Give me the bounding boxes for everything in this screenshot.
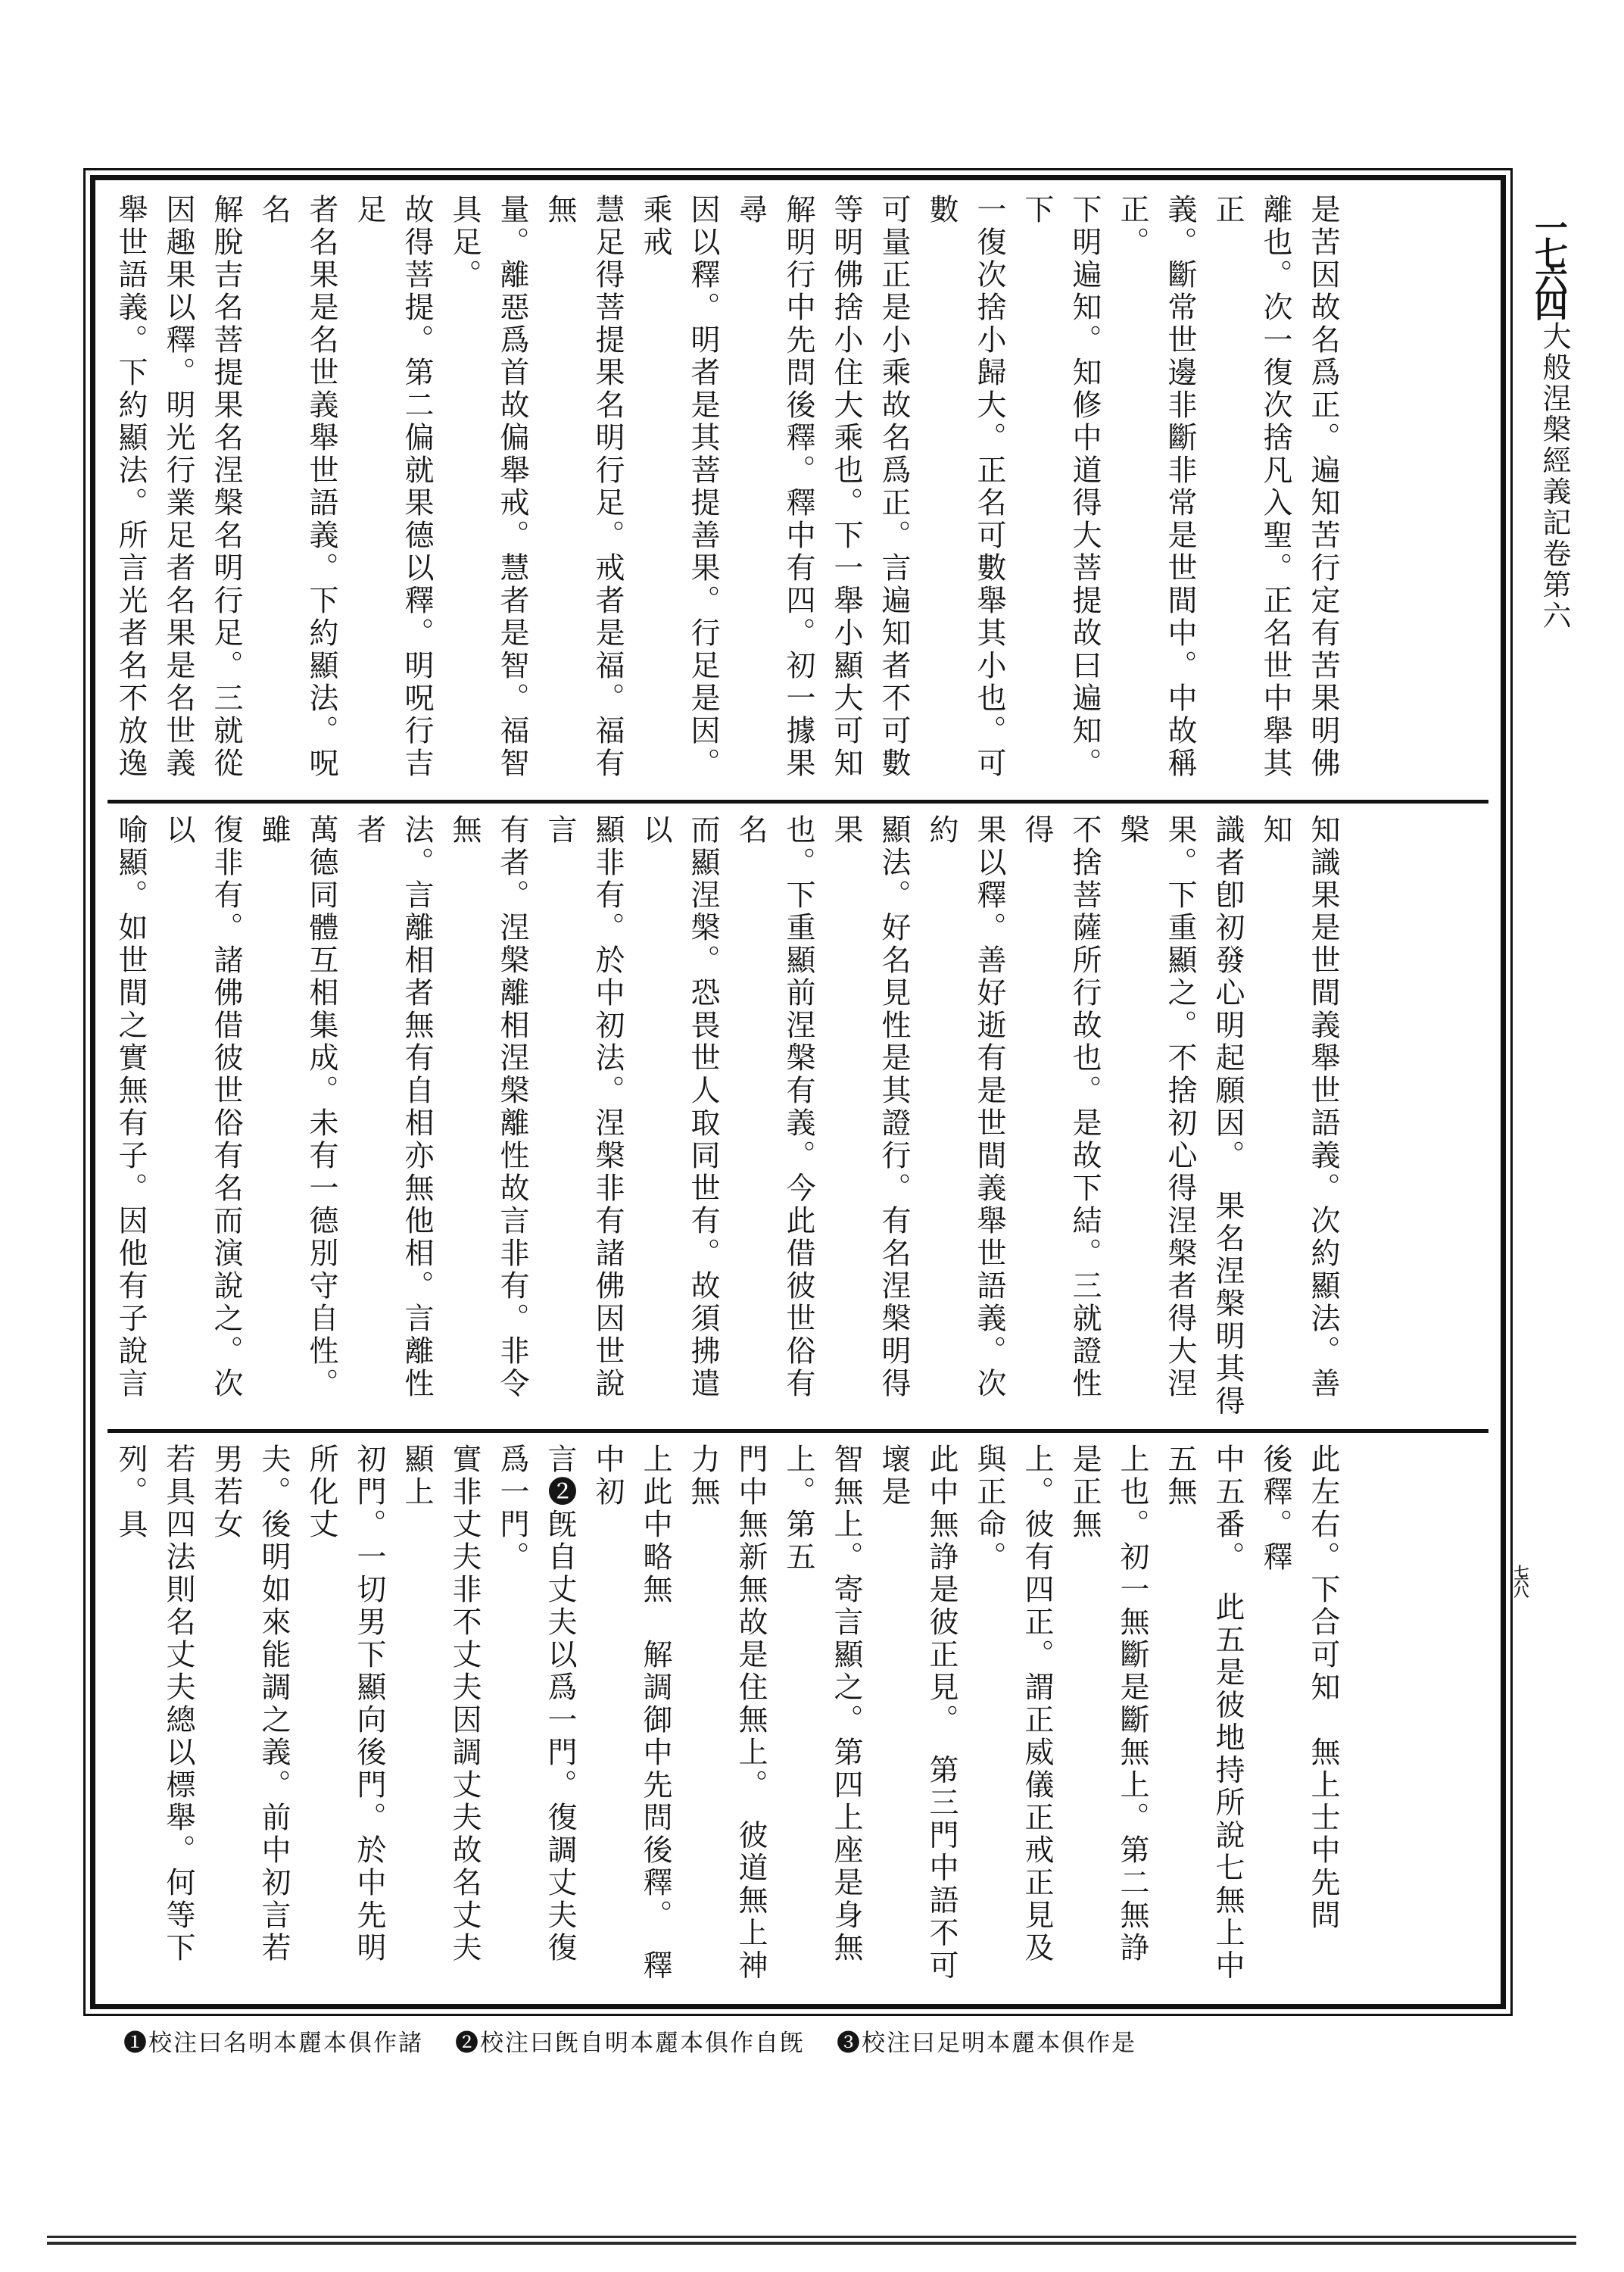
text-column: 顯法。好名見性是其證行。有名涅槃明得果 [822, 814, 918, 1423]
text-column: 上此中略無 解調御中先問後釋。 釋中初 [584, 1443, 679, 1996]
collation-footnote-1: ❶校注曰名明本麗本俱作諸 [123, 2024, 423, 2058]
scanned-sutra-page: 一七六四 大般涅槃經義記卷第六 七六八 是苦因故名爲正。遍知苦行定有苦果明佛離也… [0, 0, 1624, 2272]
text-column: ❸足下結。若有男子無此四下舉非顯是。就明 [106, 1443, 107, 1996]
text-column: 知識果是世間義舉世語義。次約顯法。善知 [1252, 814, 1347, 1423]
text-column: 慧足得菩提果名明行足。戒者是福。福有無 [536, 194, 631, 794]
text-column: 解明行中先問後釋。釋中有四。初一據果尋 [727, 194, 822, 794]
collation-footnote-2: ❷校注曰旣自明本麗本俱作自旣 [455, 2024, 805, 2058]
text-column: 量。離惡爲首故偏舉戒。慧者是智。福智具足。 [441, 194, 536, 794]
text-column: 離也。次一復次捨凡入聖。正名世中舉其正 [1204, 194, 1299, 794]
edition-page-number: 一七六四 [1531, 211, 1564, 314]
text-column: 言❷旣自丈夫以爲一門。復調丈夫復爲一門。 [488, 1443, 584, 1996]
text-column: 果。下重顯之。不捨初心得涅槃者得大涅槃 [1108, 814, 1204, 1423]
text-column: 此中無諍是彼正見。 第三門中語不可壞是 [870, 1443, 965, 1996]
book-title: 大般涅槃經義記卷第六 [1540, 321, 1569, 632]
text-column: 者名果是名世義舉世語義。下約顯法。呪名 [250, 194, 345, 794]
text-column: 故得菩提。第二偏就果德以釋。明呪行吉足 [345, 194, 441, 794]
text-column: 智無上。寄言顯之。第四上座是身無上。第五 [775, 1443, 870, 1996]
text-column: 上。彼有四正。謂正威儀正戒正見及與正命。 [965, 1443, 1061, 1996]
text-column: 等明佛捨小住大乘也。下一舉小顯大可知 [822, 194, 870, 794]
text-column: 喻顯。如世間之實無有子。因他有子說言有 [106, 814, 154, 1423]
text-column: 因趣果以釋。明光行業足者名果是名世義 [154, 194, 202, 794]
text-column: 萬德同體互相集成。未有一德別守自性。雖 [250, 814, 345, 1423]
text-column: 可量正是小乘故名爲正。言遍知者不可數 [870, 194, 918, 794]
text-column: 解脫吉名菩提果名涅槃名明行足。三就從 [202, 194, 250, 794]
text-column: 夫。後明如來能調之義。前中初言若男若女 [202, 1443, 298, 1996]
text-column: 有者。涅槃離相涅槃離性故言非有。非令無 [441, 814, 536, 1423]
register-divider-rule [108, 1429, 1488, 1433]
text-column: 法。言離相者無有自相亦無他相。言離性者 [345, 814, 441, 1423]
registers-container: 是苦因故名爲正。遍知苦行定有苦果明佛離也。次一復次捨凡入聖。正名世中舉其正義。斷… [106, 188, 1490, 1996]
text-column: 下明遍知。知修中道得大菩提故曰遍知。下 [1013, 194, 1108, 794]
text-column: 也。下重顯前涅槃有義。今此借彼世俗有名 [727, 814, 822, 1423]
text-column: 不捨菩薩所行故也。是故下結。三就證性得 [1013, 814, 1108, 1423]
bottom-edge-rules [47, 2236, 1576, 2245]
text-column: 識者卽初發心明起願因。 果名涅槃明其得 [1204, 814, 1252, 1423]
collation-footnotes: ❶校注曰名明本麗本俱作諸 ❷校注曰旣自明本麗本俱作自旣 ❸校注曰足明本麗本俱作是 [123, 2024, 1410, 2058]
text-column: 顯非有。於中初法。涅槃非有諸佛因世說言 [536, 814, 631, 1423]
text-column: 此左右。下合可知 無上士中先問 後釋。釋 [1252, 1443, 1347, 1996]
text-column: 是苦因故名爲正。遍知苦行定有苦果明佛 [1299, 194, 1347, 794]
middle-register: 知識果是世間義舉世語義。次約顯法。善知識者卽初發心明起願因。 果名涅槃明其得果。… [106, 808, 1490, 1423]
text-column: 而顯涅槃。恐畏世人取同世有。故須拂遣以 [631, 814, 727, 1423]
text-column: 果以釋。善好逝有是世間義舉世語義。次約 [918, 814, 1013, 1423]
text-column: 舉世語義。下約顯法。所言光者名不放逸是 [106, 194, 154, 794]
text-column: 復非有。諸佛借彼世俗有名而演說之。次以 [154, 814, 250, 1423]
text-column: 初門。一切男下顯向後門。於中先明所化丈 [298, 1443, 393, 1996]
text-frame-inner-border: 是苦因故名爲正。遍知苦行定有苦果明佛離也。次一復次捨凡入聖。正名世中舉其正義。斷… [90, 175, 1506, 2009]
text-column: 若具四法則名丈夫總以標舉。何等下列。具 [107, 1443, 202, 1996]
lower-register: 此左右。下合可知 無上士中先問 後釋。釋中五番。 此五是彼地持所說七無上中五無上… [106, 1437, 1490, 1996]
text-column: 實非丈夫非不丈夫因調丈夫故名丈夫顯上 [393, 1443, 488, 1996]
register-divider-rule [108, 800, 1488, 804]
upper-register: 是苦因故名爲正。遍知苦行定有苦果明佛離也。次一復次捨凡入聖。正名世中舉其正義。斷… [106, 188, 1490, 794]
text-column: 義。斷常世邊非斷非常是世間中。中故稱正。 [1108, 194, 1204, 794]
text-column: 因以釋。明者是其菩提善果。行足是因。乘戒 [631, 194, 727, 794]
text-frame-outer-border: 是苦因故名爲正。遍知苦行定有苦果明佛離也。次一復次捨凡入聖。正名世中舉其正義。斷… [83, 168, 1513, 2016]
text-column: 一復次捨小歸大。正名可數舉其小也。可數 [918, 194, 1013, 794]
text-column: 中五番。 此五是彼地持所說七無上中五無 [1156, 1443, 1252, 1996]
text-column: 門中無新無故是住無上。 彼道無上神力無 [679, 1443, 775, 1996]
text-column: 上也。初一無斷是斷無上。第二無諍是正無 [1061, 1443, 1156, 1996]
folio-number: 七六八 [1513, 1565, 1528, 1596]
collation-footnote-3: ❸校注曰足明本麗本俱作是 [837, 2024, 1136, 2058]
